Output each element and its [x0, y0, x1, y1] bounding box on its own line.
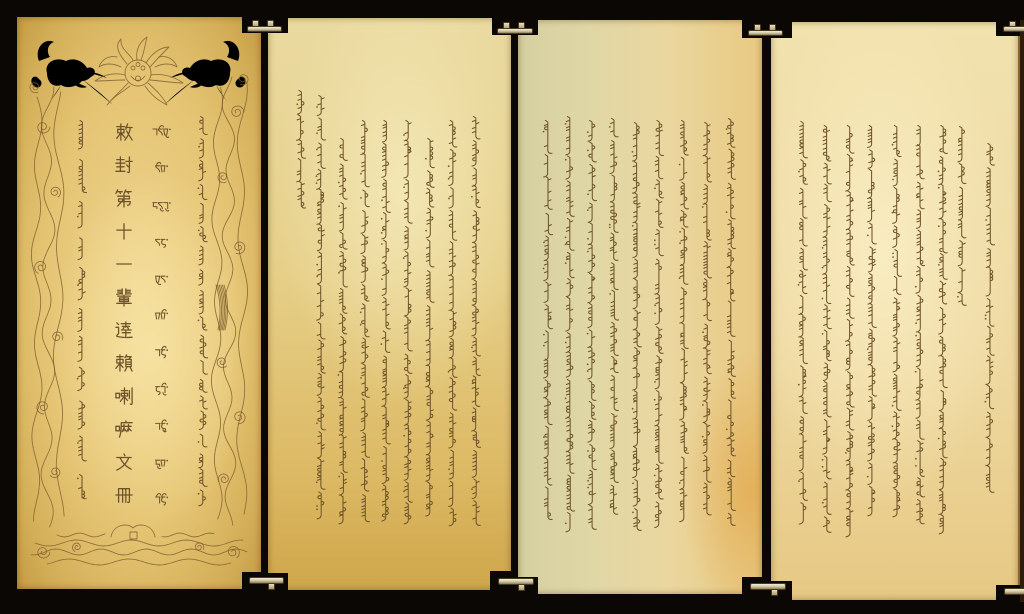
- text-leaf-3: [771, 22, 1020, 600]
- chinese-title-column: 敕封第十一輩達賴喇嘛文冊: [115, 120, 135, 516]
- hinge-pin: [750, 583, 786, 590]
- cover-leaf: [17, 17, 261, 589]
- hinge-knob: [771, 589, 778, 596]
- hinge-pin: [498, 578, 534, 585]
- hinge-knob: [518, 584, 525, 591]
- text-leaf-1: [268, 18, 511, 590]
- hinge-pin: [247, 26, 282, 32]
- next-leaf-edge: [1020, 20, 1024, 602]
- hinge-pin: [748, 30, 783, 36]
- hinge-pin: [497, 28, 533, 34]
- text-leaf-2: [518, 20, 762, 594]
- hinge-pin: [1004, 588, 1024, 595]
- hinge-pin: [1003, 26, 1024, 32]
- hinge-pin: [249, 577, 284, 584]
- hinge-knob: [268, 583, 275, 590]
